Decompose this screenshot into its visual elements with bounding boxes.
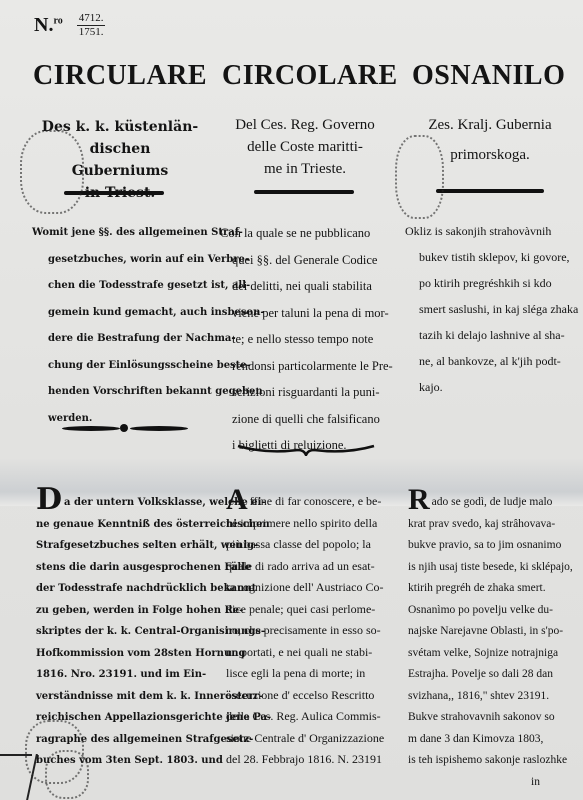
number-fraction: 4712. 1751. bbox=[77, 12, 106, 39]
text-line: più bassa classe del popolo; la bbox=[226, 534, 402, 556]
watermark-dots bbox=[395, 135, 444, 219]
text-line: te; e nello stesso tempo note bbox=[220, 326, 400, 353]
text-line: ne genaue Kenntniß des österreichischen bbox=[36, 514, 212, 536]
divider-rule bbox=[436, 189, 544, 193]
text-line: verständnisse mit dem k. k. Innerösterr- bbox=[36, 686, 212, 708]
summary-german: Womit jene §§. des allgemeinen Straf- ge… bbox=[32, 220, 208, 432]
text-line: Estrajha. Povelje so dali 28 dan bbox=[408, 664, 580, 686]
dropcap: A bbox=[226, 483, 248, 516]
title-slovene: OSNANILO bbox=[412, 60, 565, 92]
text-line: no portati, e nei quali ne stabi- bbox=[226, 642, 402, 664]
text-line: smert saslushi, in kaj sléga zhaka bbox=[405, 296, 581, 322]
text-line: dere die Bestrafung der Nachma- bbox=[32, 326, 208, 353]
text-line: Strafgesetzbuches selten erhält, wenig- bbox=[36, 535, 212, 557]
text-line: skriptes der k. k. Central-Organisirungs… bbox=[36, 621, 212, 643]
text-line: Okliz is sakonjih strahovàvnih bbox=[405, 218, 581, 244]
text-line: Osnanìmo po povelju velke du- bbox=[408, 600, 580, 622]
text-line: is njih usaj tiste besede, ki sklépajo, bbox=[408, 557, 580, 579]
divider-rule bbox=[254, 190, 354, 194]
text-line: po ktirih pregréshkih si kdo bbox=[405, 270, 581, 296]
ornament-right bbox=[130, 426, 188, 431]
text-line: ta cognizione dell' Austriaco Co- bbox=[226, 577, 402, 599]
text-line: gemein kund gemacht, auch insbeson- bbox=[32, 300, 208, 327]
number-top: 4712. bbox=[77, 12, 106, 26]
text-line: ktirih pregréh de zhaka smert. bbox=[408, 578, 580, 600]
text-line: kajo. bbox=[405, 374, 581, 400]
text-line: della Ces. Reg. Aulica Commis- bbox=[226, 706, 402, 728]
text-line: najske Narejavne Oblasti, in s'po- bbox=[408, 621, 580, 643]
text-line: sione Centrale d' Organizzazione bbox=[226, 728, 402, 750]
summary-italian: Con la quale se ne pubblicano quei §§. d… bbox=[220, 220, 400, 459]
title-italian: CIRCOLARE bbox=[222, 60, 398, 92]
text-line: quei §§. del Generale Codice bbox=[220, 247, 400, 274]
text-line: rendonsi particolarmente le Pre- bbox=[220, 353, 400, 380]
text-line: is teh ispishemo sakonje raslozhke bbox=[408, 750, 580, 772]
subhead-line: Zes. Kralj. Gubernia bbox=[402, 114, 578, 136]
text-line: Bukve strahovavnih sakonov so bbox=[408, 707, 580, 729]
body-italian: Affine di far conoscere, e be- ne imprim… bbox=[226, 490, 402, 771]
subhead-line: delle Coste maritti- bbox=[212, 136, 398, 158]
text-line: quale di rado arriva ad un esat- bbox=[226, 556, 402, 578]
text-line: ado se godì, de ludje malo bbox=[432, 496, 553, 508]
text-line: esecuzione d' eccelso Rescritto bbox=[226, 685, 402, 707]
subhead-line: Del Ces. Reg. Governo bbox=[212, 114, 398, 136]
text-line: scrizioni risguardanti la puni- bbox=[220, 379, 400, 406]
text-line: viene per taluni la pena di mor- bbox=[220, 300, 400, 327]
text-line: no, che precisamente in esso so- bbox=[226, 620, 402, 642]
text-line: chen die Todesstrafe gesetzt ist, all- bbox=[32, 273, 208, 300]
text-line: chung der Einlösungsscheine beste- bbox=[32, 353, 208, 380]
watermark-dots bbox=[20, 130, 84, 214]
document-page: N.ro 4712. 1751. CIRCULARE CIRCOLARE OSN… bbox=[0, 0, 583, 800]
brace-ornament bbox=[236, 442, 376, 456]
text-line: 1816. Nro. 23191. und im Ein- bbox=[36, 664, 212, 686]
title-german: CIRCULARE bbox=[33, 60, 207, 92]
text-line: ffine di far conoscere, e be- bbox=[250, 494, 382, 508]
number-label: N.ro bbox=[34, 14, 63, 37]
text-line: Con la quale se ne pubblicano bbox=[220, 220, 400, 247]
text-line: gesetzbuches, worin auf ein Verbre- bbox=[32, 247, 208, 274]
text-line: bukve pravio, sa to jim osnanimo bbox=[408, 535, 580, 557]
text-line: tazih ki delajo lashnive al sha- bbox=[405, 322, 581, 348]
text-line: Womit jene §§. des allgemeinen Straf- bbox=[32, 220, 208, 247]
corner-line bbox=[0, 754, 32, 756]
text-line: ne, al bankovze, al k'jih podt- bbox=[405, 348, 581, 374]
text-line: krat prav svedo, kaj strâhovava- bbox=[408, 514, 580, 536]
text-line: ne imprimere nello spirito della bbox=[226, 513, 402, 535]
watermark-dots bbox=[45, 750, 89, 799]
text-line: Hofkommission vom 28sten Hornung bbox=[36, 643, 212, 665]
document-number: N.ro 4712. 1751. bbox=[34, 12, 105, 39]
text-line: lisce egli la pena di morte; in bbox=[226, 663, 402, 685]
text-line: del 28. Febbrajo 1816. N. 23191 bbox=[226, 749, 402, 771]
text-line: bukev tistih sklepov, ki govore, bbox=[405, 244, 581, 270]
dropcap: R bbox=[408, 483, 430, 516]
text-line: dice penale; quei casi perlome- bbox=[226, 599, 402, 621]
text-line: m dane 3 dan Kimovza 1803, bbox=[408, 729, 580, 751]
text-line: zione di quelli che falsificano bbox=[220, 406, 400, 433]
text-line: in bbox=[408, 772, 580, 794]
text-line: zu geben, werden in Folge hohen Re- bbox=[36, 600, 212, 622]
ornament-left bbox=[62, 426, 120, 431]
text-line: svétam velke, Sojnize notrajniga bbox=[408, 643, 580, 665]
body-slovene: Rado se godì, de ludje malo krat prav sv… bbox=[408, 490, 580, 793]
subhead-line: me in Trieste. bbox=[212, 158, 398, 180]
text-line: svizhana,, 1816," shtev 23191. bbox=[408, 686, 580, 708]
text-line: der Todesstrafe nachdrücklich bekannt bbox=[36, 578, 212, 600]
number-bottom: 1751. bbox=[77, 26, 106, 39]
summary-slovene: Okliz is sakonjih strahovàvnih bukev tis… bbox=[405, 218, 581, 400]
text-line: henden Vorschriften bekannt gegeben bbox=[32, 379, 208, 406]
text-line: stens die darin ausgesprochenen Fälle bbox=[36, 557, 212, 579]
text-line: dei delitti, nei quali stabilita bbox=[220, 273, 400, 300]
dropcap: D bbox=[36, 482, 62, 517]
ornament-center bbox=[120, 424, 128, 432]
subhead-italian: Del Ces. Reg. Governo delle Coste maritt… bbox=[212, 114, 398, 180]
